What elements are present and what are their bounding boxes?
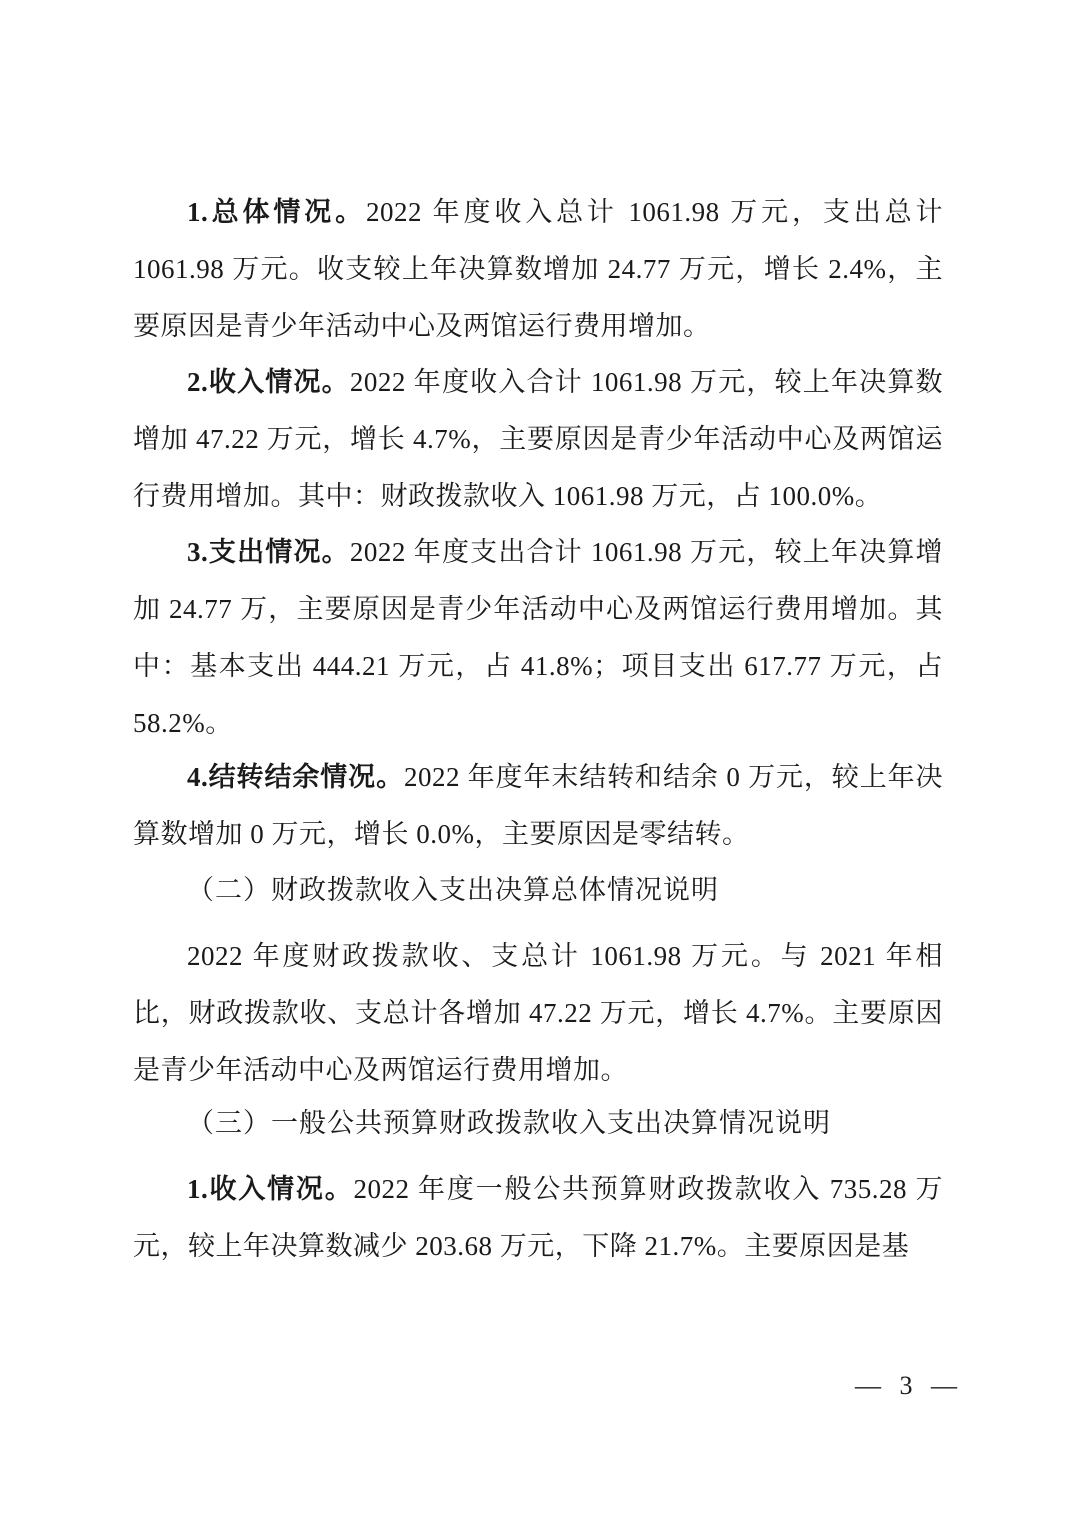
paragraph-text: 2022 年度支出合计 1061.98 万元，较上年决算增加 24.77 万，主… [133, 537, 943, 738]
paragraph-text: 2022 年度财政拨款收、支总计 1061.98 万元。与 2021 年相比，财… [133, 941, 943, 1085]
paragraph-lead: 1.总体情况。 [187, 197, 366, 227]
paragraph-general-budget-income: 1.收入情况。2022 年度一般公共预算财政拨款收入 735.28 万元，较上年… [133, 1161, 943, 1275]
page-number: — 3 — [855, 1371, 963, 1401]
paragraph-overall: 1.总体情况。2022 年度收入总计 1061.98 万元，支出总计 1061.… [133, 184, 943, 355]
document-page: 1.总体情况。2022 年度收入总计 1061.98 万元，支出总计 1061.… [0, 0, 1074, 1520]
paragraph-lead: 1.收入情况。 [187, 1174, 354, 1204]
section-heading-2: （二）财政拨款收入支出决算总体情况说明 [133, 862, 943, 919]
paragraph-lead: 2.收入情况。 [187, 367, 350, 397]
paragraph-fiscal-overview: 2022 年度财政拨款收、支总计 1061.98 万元。与 2021 年相比，财… [133, 928, 943, 1099]
paragraph-expenditure: 3.支出情况。2022 年度支出合计 1061.98 万元，较上年决算增加 24… [133, 524, 943, 752]
section-heading-3: （三）一般公共预算财政拨款收入支出决算情况说明 [133, 1095, 943, 1152]
paragraph-lead: 3.支出情况。 [187, 537, 350, 567]
paragraph-income: 2.收入情况。2022 年度收入合计 1061.98 万元，较上年决算数增加 4… [133, 354, 943, 525]
paragraph-carryover: 4.结转结余情况。2022 年度年末结转和结余 0 万元，较上年决算数增加 0 … [133, 749, 943, 863]
paragraph-lead: 4.结转结余情况。 [187, 762, 404, 792]
